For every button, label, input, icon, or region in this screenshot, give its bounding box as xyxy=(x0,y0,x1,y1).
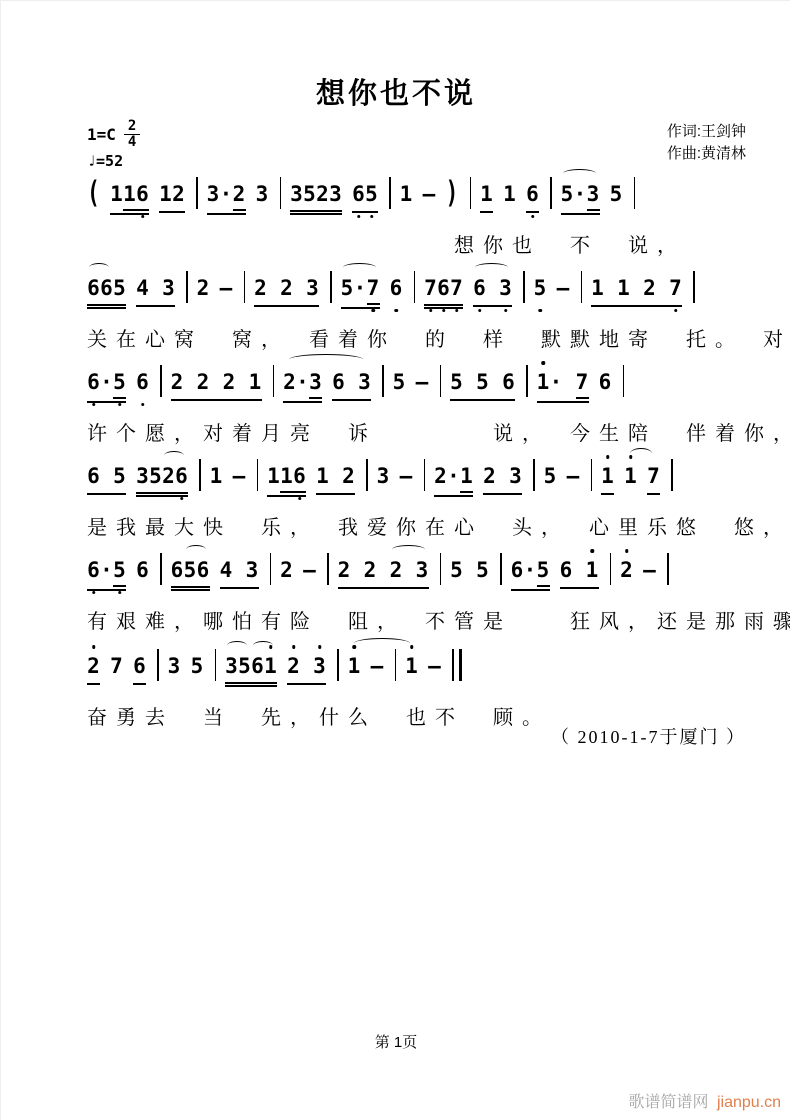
note-group: ) xyxy=(446,179,459,209)
score-line-6: 2763535612 31—1—奋勇去 当 先，什么 也不 顾。 xyxy=(87,651,761,730)
note-group: — xyxy=(428,651,441,681)
barline xyxy=(424,459,426,491)
barline xyxy=(196,177,198,209)
note-group: 2 xyxy=(87,651,100,685)
note-group: ( xyxy=(87,179,100,209)
note-group: 5·7 xyxy=(341,273,380,309)
slur-arc xyxy=(164,451,184,460)
barline xyxy=(257,459,259,491)
notation-row: 6·566564 32—2 2 2 35 56·56 12— xyxy=(87,555,761,595)
note-group: 5·3 xyxy=(561,179,600,215)
key-tempo-block: 1=C 2 4 ♩=52 xyxy=(87,119,140,170)
note-group: 6 xyxy=(133,651,146,685)
barline xyxy=(470,177,472,209)
score-line-2: 6654 32—2 2 35·767676 35—1 1 2 7关在心窝 窝， … xyxy=(87,273,761,352)
note-group: 2 2 3 xyxy=(254,273,319,307)
barline xyxy=(440,553,442,585)
slur-arc xyxy=(630,448,652,459)
barline xyxy=(623,365,625,397)
slur-arc xyxy=(289,354,363,365)
note-group: 6 xyxy=(136,367,149,397)
note-group: 4 3 xyxy=(220,555,259,589)
note-group: 1 xyxy=(480,179,493,213)
slur-arc xyxy=(253,641,273,650)
note-group: 6·5 xyxy=(87,555,126,591)
time-signature-denominator: 4 xyxy=(124,135,140,150)
note-group: 6 5 xyxy=(87,461,126,495)
lyrics-line: 想你也 不 说， xyxy=(87,229,761,258)
composer-credit: 作曲:黄清林 xyxy=(667,143,746,165)
lyrics-line: 有艰难，哪怕有险 阻， 不管是 狂风，还是那雨骤， xyxy=(87,605,761,634)
time-signature: 2 4 xyxy=(124,119,140,150)
barline xyxy=(366,459,368,491)
watermark-site-name: 歌谱简谱网 xyxy=(628,1094,708,1111)
barline xyxy=(667,553,669,585)
note-group: — xyxy=(303,555,316,585)
notation-row: 6654 32—2 2 35·767676 35—1 1 2 7 xyxy=(87,273,761,313)
quarter-note-icon: ♩ xyxy=(87,152,96,170)
note-group: 2 xyxy=(280,555,293,585)
barline xyxy=(160,365,162,397)
notation-row: 6 535261—1161 23—2·12 35—117 xyxy=(87,461,761,501)
note-group: 116 xyxy=(110,179,149,215)
barline xyxy=(440,365,442,397)
barline xyxy=(500,553,502,585)
barline xyxy=(414,271,416,303)
note-group: — xyxy=(416,367,429,397)
tempo-value: =52 xyxy=(96,152,123,170)
barline xyxy=(533,459,535,491)
score-line-4: 6 535261—1161 23—2·12 35—117是我最大快 乐， 我爱你… xyxy=(87,461,761,540)
note-group: 1 xyxy=(400,179,413,209)
barline xyxy=(395,649,397,681)
score-line-5: 6·566564 32—2 2 2 35 56·56 12—有艰难，哪怕有险 阻… xyxy=(87,555,761,634)
lyrics-line: 许个愿，对着月亮 诉 说， 今生陪 伴着你， xyxy=(87,417,761,446)
note-group: 2 3 xyxy=(483,461,522,495)
key-signature: 1=C xyxy=(87,125,116,144)
lyrics-line: 关在心窝 窝， 看着你 的 样 默默地寄 托。 对着太阳 xyxy=(87,323,761,352)
notation-row: 2763535612 31—1— xyxy=(87,651,761,691)
note-group: 5 xyxy=(393,367,406,397)
note-group: 1 xyxy=(624,461,637,491)
score-line-3: 6·562 2 2 12·36 35—5 5 61· 76许个愿，对着月亮 诉 … xyxy=(87,367,761,446)
note-group: 116 xyxy=(267,461,306,497)
watermark: 歌谱简谱网 jianpu.cn xyxy=(628,1089,781,1112)
tempo-marking: ♩=52 xyxy=(87,152,140,170)
note-group: 65 xyxy=(352,179,378,213)
barline xyxy=(273,365,275,397)
barline xyxy=(280,177,282,209)
note-group: 1 xyxy=(348,651,361,681)
slur-arc xyxy=(475,263,508,272)
note-group: 1 xyxy=(503,179,516,209)
slur-cluster: 17 xyxy=(624,461,670,495)
slur-arc xyxy=(227,641,247,650)
notation-row: (116123·233523651—)1165·35 xyxy=(87,179,761,219)
note-group: 4 3 xyxy=(136,273,175,307)
note-group: — xyxy=(220,273,233,303)
note-group: 5 xyxy=(191,651,204,681)
note-group: 1 xyxy=(210,461,223,491)
note-group: — xyxy=(400,461,413,491)
note-group: — xyxy=(557,273,570,303)
barline xyxy=(671,459,673,491)
note-group: 6 xyxy=(526,179,539,213)
note-group: 6·5 xyxy=(87,367,126,403)
note-group: 2 2 2 1 xyxy=(171,367,262,401)
note-group: 665 xyxy=(87,273,126,309)
barline xyxy=(550,177,552,209)
note-group: 6 1 xyxy=(560,555,599,589)
note-group: 1 xyxy=(601,461,614,495)
note-group: — xyxy=(567,461,580,491)
barline xyxy=(591,459,593,491)
note-group: 3 xyxy=(168,651,181,681)
slur-cluster: 1—1 xyxy=(348,651,429,683)
barline xyxy=(327,553,329,585)
note-group: 3 xyxy=(377,461,390,491)
note-group: — xyxy=(233,461,246,491)
lyrics-line: 是我最大快 乐， 我爱你在心 头， 心里乐悠 悠，哪怕 xyxy=(87,511,761,540)
sheet-music-page: 想你也不说 1=C 2 4 ♩=52 作词:王剑钟 作曲:黄清林 (116123… xyxy=(0,0,790,1120)
slur-arc xyxy=(392,545,425,554)
slur-arc xyxy=(343,263,376,272)
barline xyxy=(389,177,391,209)
barline xyxy=(634,177,636,209)
note-group: 6 xyxy=(390,273,403,303)
barline xyxy=(382,365,384,397)
credits-block: 作词:王剑钟 作曲:黄清林 xyxy=(667,121,746,165)
barline xyxy=(581,271,583,303)
note-group: 2·3 xyxy=(283,367,322,403)
slur-arc xyxy=(563,169,596,178)
note-group: 6·5 xyxy=(511,555,550,591)
barline xyxy=(186,271,188,303)
note-group: 6 3 xyxy=(332,367,371,401)
note-group: — xyxy=(371,651,384,681)
barline xyxy=(330,271,332,303)
note-group: 12 xyxy=(159,179,185,213)
barline xyxy=(157,649,159,681)
note-group: 6 xyxy=(136,555,149,585)
note-group: 5 xyxy=(544,461,557,491)
barline xyxy=(215,649,217,681)
note-group: 6 3 xyxy=(473,273,512,307)
note-group: 1 xyxy=(405,651,418,681)
note-group: 2 xyxy=(620,555,633,585)
note-group: 767 xyxy=(424,273,463,309)
notation-row: 6·562 2 2 12·36 35—5 5 61· 76 xyxy=(87,367,761,407)
note-group: 1 2 xyxy=(316,461,355,495)
note-group: 3 xyxy=(256,179,269,209)
note-group: 3526 xyxy=(136,461,188,497)
note-group: 2 xyxy=(197,273,210,303)
slur-arc xyxy=(186,545,206,554)
page-number: 第 1页 xyxy=(1,1031,790,1052)
slur-arc xyxy=(354,638,411,649)
time-signature-numerator: 2 xyxy=(124,119,140,135)
note-group: 2 3 xyxy=(287,651,326,685)
note-group: 7 xyxy=(647,461,660,495)
note-group: 6 xyxy=(599,367,612,397)
score-line-1: (116123·233523651—)1165·35想你也 不 说， xyxy=(87,179,761,258)
lyricist-credit: 作词:王剑钟 xyxy=(667,121,746,143)
note-group: 2 2 2 3 xyxy=(338,555,429,589)
barline xyxy=(199,459,201,491)
slur-cluster: 2·36 3 xyxy=(283,367,381,403)
note-group: 5 5 6 xyxy=(450,367,515,401)
note-group: 7 xyxy=(110,651,123,681)
barline xyxy=(526,365,528,397)
note-group: 1· 7 xyxy=(537,367,589,403)
barline xyxy=(337,649,339,681)
note-group: 5 5 xyxy=(450,555,489,585)
final-barline xyxy=(452,649,462,681)
barline xyxy=(160,553,162,585)
page-title: 想你也不说 xyxy=(1,71,790,112)
note-group: 656 xyxy=(171,555,210,591)
note-group: 2·1 xyxy=(434,461,473,497)
barline xyxy=(244,271,246,303)
note-group: 5 xyxy=(610,179,623,209)
note-group: 3523 xyxy=(290,179,342,215)
slur-arc xyxy=(89,263,109,272)
note-group: 5 xyxy=(534,273,547,303)
barline xyxy=(270,553,272,585)
note-group: — xyxy=(423,179,436,209)
note-group: 1 1 2 7 xyxy=(591,273,682,307)
note-group: 3·2 xyxy=(207,179,246,215)
note-group: — xyxy=(643,555,656,585)
barline xyxy=(523,271,525,303)
date-location-credit: （ 2010-1-7于厦门 ） xyxy=(551,723,746,749)
barline xyxy=(610,553,612,585)
barline xyxy=(693,271,695,303)
note-group: 3561 xyxy=(225,651,277,687)
watermark-domain: jianpu.cn xyxy=(717,1094,781,1111)
